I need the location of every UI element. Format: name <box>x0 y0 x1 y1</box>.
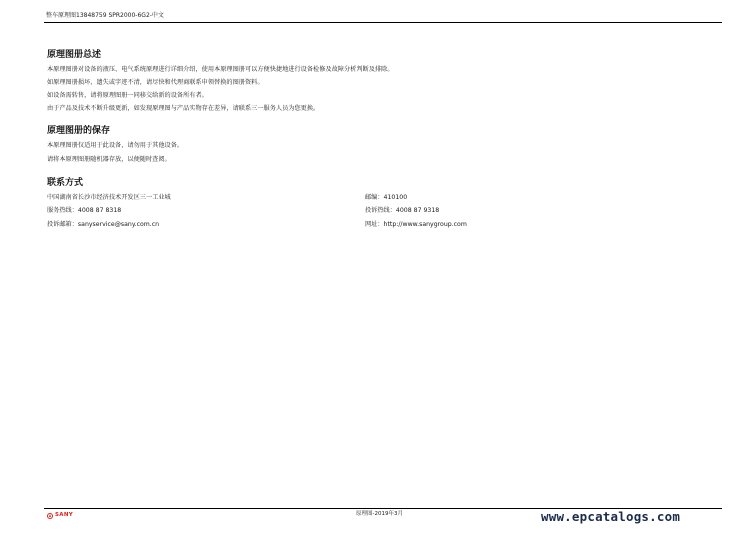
section-heading-storage: 原理图册的保存 <box>47 125 110 137</box>
section-heading-overview: 原理图册总述 <box>47 49 101 61</box>
contact-complaint-hotline: 投诉热线：4008 87 9318 <box>365 206 439 215</box>
page-header: 整车原理图13848759 SPR2000-6G2-中文 <box>44 12 722 23</box>
overview-line-3: 如设备需转售，请将原理图册一同移交给新的设备所有者。 <box>47 91 208 100</box>
contact-postcode: 邮编：410100 <box>365 193 407 202</box>
overview-line-2: 如原理图册损坏、遗失或字迹不清，请尽快和代理商联系申领替换的图册资料。 <box>47 78 264 87</box>
sany-logo-icon <box>47 513 53 519</box>
overview-line-4: 由于产品及技术不断升级更新，如发现原理图与产品实物存在差异，请联系三一服务人员为… <box>47 104 319 113</box>
overview-line-1: 本原理图册对设备的液压、电气系统原理进行详细介绍，使用本原理图册可以方便快捷地进… <box>47 65 394 74</box>
contact-address: 中国湖南省长沙市经济技术开发区三一工业城 <box>47 193 171 202</box>
contact-website-link[interactable]: 网址：http://www.sanygroup.com <box>365 220 467 229</box>
footer-date-label: 原理图-2019年3月 <box>356 511 403 518</box>
document-title: 整车原理图13848759 SPR2000-6G2-中文 <box>46 12 164 20</box>
section-heading-contact: 联系方式 <box>47 177 83 189</box>
sany-brand: SANY <box>47 512 73 519</box>
contact-service-hotline: 服务热线：4008 87 8318 <box>47 206 121 215</box>
storage-line-1: 本原理图册仅适用于此设备，请勿用于其他设备。 <box>47 141 183 150</box>
storage-line-2: 请将本原理图册随机器存放，以便随时查阅。 <box>47 155 171 164</box>
brand-name: SANY <box>55 512 73 519</box>
watermark-url: www.epcatalogs.com <box>541 509 680 524</box>
contact-complaint-email[interactable]: 投诉邮箱：sanyservice@sany.com.cn <box>47 220 159 229</box>
